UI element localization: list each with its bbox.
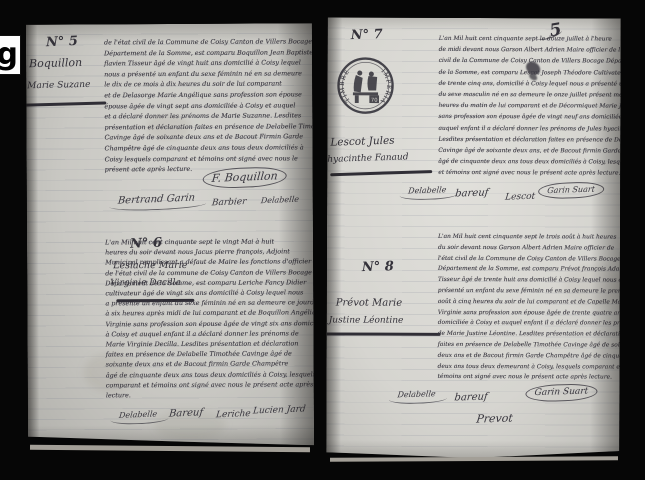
signature: bareuf xyxy=(455,187,489,199)
act-text-line: comparant et témoins ont signé avec nous… xyxy=(106,379,311,390)
act-text-line: témoins ont signé avec nous le présent a… xyxy=(437,372,617,383)
act-text-line: âgé de cinquante deux ans tous deux domi… xyxy=(438,157,618,169)
register-page-right: 5 TIMBRE IMPÉRIAL 70 xyxy=(326,17,621,458)
act-text-line: du sexe masculin né en sa demeure le onz… xyxy=(438,90,618,102)
signature: Bertrand Garin xyxy=(117,192,195,206)
margin-name: hyacinthe Fanaud xyxy=(327,152,409,165)
act-text-line: de midi devant nous Garson Albert Adrien… xyxy=(439,45,619,57)
act-text-line: auquel enfant il a déclaré donner les pr… xyxy=(438,124,618,136)
act-text-line: août à cinq heures du soir de lui compar… xyxy=(438,297,618,308)
act-text-line: domiciliée à Coisy et auquel enfant il a… xyxy=(438,318,618,329)
page-stack-edge xyxy=(330,456,618,462)
signature: Barbier xyxy=(211,197,247,208)
margin-underline xyxy=(330,170,432,176)
act-body-text: L'an Mil huit cent cinquante sept le tro… xyxy=(437,232,618,384)
margin-name: Marie Suzane xyxy=(27,80,90,91)
act-body-text: L'an Mil huit cent cinquante sept le dou… xyxy=(438,34,619,180)
act-text-line: Municipal remplissant a défaut de Maire … xyxy=(105,257,310,268)
act-number: N° 8 xyxy=(362,259,394,275)
act-number: N° 5 xyxy=(46,34,79,50)
act-text-line: Champêtre âgé de cinquante deux ans tous… xyxy=(105,142,307,154)
act-text-line: et de Delasorge Marie Angélique sans pro… xyxy=(104,89,306,101)
act-text-line: présenté un enfant du sexe féminin né en… xyxy=(438,286,618,297)
act-text-line: L'an Mil huit cent cinquante sept le dou… xyxy=(439,34,619,46)
register-page-left: N° 5 Boquillon Marie Suzane de l'état ci… xyxy=(26,23,314,446)
act-text-line: Cavinge âgé de soixante deux ans, et de … xyxy=(438,146,618,158)
timbre-imperial-stamp-icon: TIMBRE IMPÉRIAL 70 xyxy=(336,56,394,116)
act-text-line: Lesdites présentation et déclaration fai… xyxy=(438,135,618,147)
act-text-line: flavien Tisseur âgé de vingt huit ans do… xyxy=(104,57,306,69)
act-text-line: Département de la Somme, est comparu Pré… xyxy=(438,264,618,275)
signature: Leriche xyxy=(215,409,251,420)
signature: Prevot xyxy=(476,411,514,425)
margin-underline xyxy=(326,332,440,335)
act-text-line: l'état civil de la Commune de Coisy Cant… xyxy=(438,253,618,264)
signature: Lescot xyxy=(505,192,536,203)
signature: Lucien Jard xyxy=(252,404,306,416)
act-text-line: deux ans tous deux demeurant à Coisy, le… xyxy=(438,361,618,372)
act-text-line: Coisy lesquels comparant et témoins ont … xyxy=(105,153,307,165)
act-text-line: L'an Mil huit cent cinquante sept le tro… xyxy=(438,232,618,243)
act-text-line: soixante deux ans et de Bacout firmin Ga… xyxy=(106,359,311,370)
margin-name: Lescot Jules xyxy=(330,135,395,149)
act-text-line: Tisseur âgé de trente huit ans domicilié… xyxy=(438,275,618,286)
act-text-line: de Marie Justine Léontine. Lesdites prés… xyxy=(438,329,618,340)
act-text-line: de la Somme, est comparu Lescot Joseph T… xyxy=(439,67,619,79)
act-text-line: du soir devant nous Garson Albert Adrien… xyxy=(438,243,618,254)
margin-name: Justine Léontine xyxy=(329,315,404,325)
register-scan: g N° 5 Boquillon Marie Suzane de l'état … xyxy=(0,0,645,480)
signature: Delabelle xyxy=(260,195,299,206)
viewer-watermark-badge: g xyxy=(0,36,20,74)
birth-act-entry-7: N° 7 Lescot Jules hyacinthe Fanaud L'an … xyxy=(328,17,621,18)
act-text-line: lecture. xyxy=(106,389,311,400)
margin-name: Boquillon xyxy=(29,56,82,70)
act-text-line: faites en présence de Delabelle Timothée… xyxy=(438,340,618,351)
act-text-line: à six heures après midi de lui comparant… xyxy=(105,308,310,319)
signature: Delabelle xyxy=(397,389,436,399)
signature: Delabelle xyxy=(119,409,158,420)
act-text-line: et a déclaré donner les prénoms de Marie… xyxy=(104,110,306,122)
signature: Delabelle xyxy=(408,185,447,195)
badge-letter: g xyxy=(0,40,18,70)
act-text-line: Virginie sans profession son épouse âgée… xyxy=(438,307,618,318)
act-text-line: deux ans et de Bacout firmin Garde Champ… xyxy=(438,351,618,362)
birth-act-entry-6: N° 6 Lesiache Marie Virginie Decilla L'a… xyxy=(26,23,312,24)
birth-act-entry-5: N° 5 Boquillon Marie Suzane de l'état ci… xyxy=(26,23,312,24)
svg-text:70: 70 xyxy=(371,98,378,104)
act-number: N° 7 xyxy=(350,27,382,43)
signature: Bareuf xyxy=(168,407,203,419)
signature: Garin Suart xyxy=(525,383,598,402)
act-text-line: heures du matin de lui comparant et de D… xyxy=(438,101,618,113)
act-text-line: sans profession son épouse âgée de vingt… xyxy=(438,112,618,124)
page-stack-edge xyxy=(30,445,310,452)
margin-name: Prévot Marie xyxy=(336,298,402,309)
margin-underline xyxy=(26,101,106,106)
act-text-line: civil de la Commune de Coisy Canton de V… xyxy=(439,56,619,68)
signature: Garin Suart xyxy=(537,181,604,199)
signature: bareuf xyxy=(454,391,488,403)
act-text-line: de l'état civil de la Commune de Coisy C… xyxy=(104,36,306,48)
act-body-text: de l'état civil de la Commune de Coisy C… xyxy=(104,36,307,175)
act-body-text: L'an Mil huit cent cinquante sept le vin… xyxy=(105,236,311,400)
birth-act-entry-8: N° 8 Prévot Marie Justine Léontine L'an … xyxy=(328,17,621,18)
act-text-line: et témoins ont signé avec nous le présen… xyxy=(438,168,618,180)
act-text-line: de trente cinq ans, domicilié à Coisy le… xyxy=(439,79,619,91)
